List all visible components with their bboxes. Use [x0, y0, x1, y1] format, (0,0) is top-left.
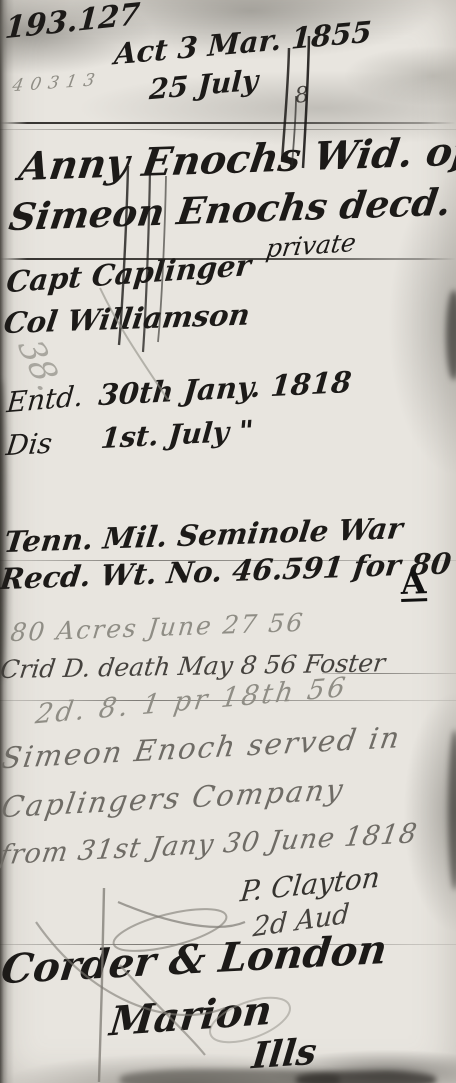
auditor-signature: P. Clayton — [239, 863, 381, 906]
act-date-line: Act 3 Mar. 1855 — [113, 17, 372, 69]
enlisted-label: Entd. — [6, 382, 85, 417]
ruled-line — [0, 122, 456, 124]
ruled-line — [0, 129, 456, 130]
edge-smudge — [296, 1071, 436, 1083]
attorney-firm: Corder & London — [0, 930, 389, 990]
service-note-line1: Simeon Enoch served in — [0, 723, 403, 773]
discharged-label: Dis — [5, 430, 54, 461]
edge-smudge — [0, 380, 6, 680]
filing-date: 25 July — [149, 66, 259, 104]
claimant-name-line1: Anny Enochs Wid. of — [16, 132, 456, 187]
pencil-application-number: 40313 — [11, 72, 103, 95]
rank-note: private — [264, 230, 357, 262]
service-note-line2: Caplingers Company — [0, 775, 347, 822]
acres-stamp: A — [400, 565, 427, 602]
discharged-date: 1st. July " — [100, 417, 255, 453]
scanned-document-page: 193.127 Act 3 Mar. 1855 40313 25 July 8 … — [0, 0, 456, 1083]
claimant-name-line2: Simeon Enochs decd. — [7, 184, 454, 237]
attorney-town: Marion — [108, 991, 274, 1043]
colonel-name: Col Williamson — [2, 300, 252, 338]
filing-date-note: 8 — [294, 85, 310, 108]
pencil-acres-note: 80 Acres June 27 56 — [9, 610, 305, 645]
edge-smudge — [446, 290, 456, 380]
edge-smudge — [448, 730, 456, 890]
enlisted-date: 30th Jany. 1818 — [97, 368, 352, 410]
